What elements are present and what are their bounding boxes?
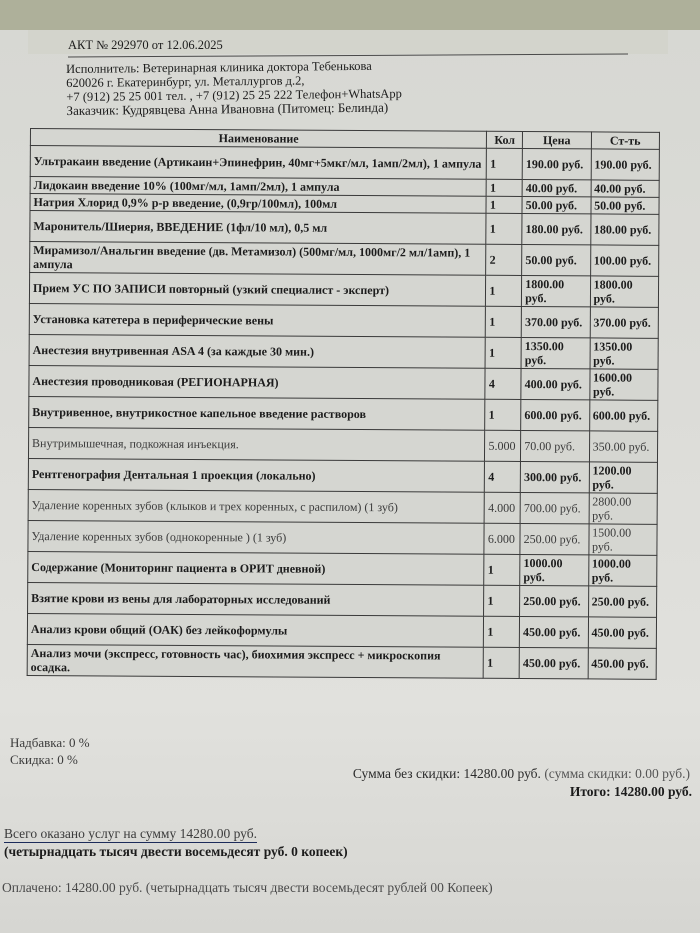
header-qty: Кол (487, 131, 523, 148)
cell-total: 370.00 руб. (590, 307, 659, 338)
paid-text: Оплачено: 14280.00 руб. (четырнадцать ты… (2, 880, 493, 896)
table-row: Маронитель/Шиерия, ВВЕДЕНИЕ (1фл/10 мл),… (30, 211, 659, 246)
cell-price: 40.00 руб. (522, 180, 591, 197)
cell-qty: 4 (485, 368, 521, 399)
cell-qty: 1 (486, 275, 522, 306)
act-title: АКТ № 292970 от 12.06.2025 (68, 38, 223, 53)
cell-qty: 1 (485, 399, 521, 430)
cell-qty: 1 (484, 585, 520, 616)
cell-price: 250.00 руб. (520, 586, 589, 617)
table-row: Удаление коренных зубов (клыков и трех к… (28, 489, 657, 524)
grand-total: Итого: 14280.00 руб. (570, 784, 692, 800)
cell-qty: 6.000 (484, 523, 520, 554)
cell-total: 1500.00 руб. (588, 524, 657, 555)
cell-name: Анестезия внутривенная ASA 4 (за каждые … (29, 334, 486, 368)
table-row: Анестезия внутривенная ASA 4 (за каждые … (29, 334, 658, 369)
cell-total: 50.00 руб. (591, 197, 660, 214)
cell-qty: 1 (485, 337, 521, 368)
cell-name: Установка катетера в периферические вены (29, 303, 486, 337)
cell-name: Удаление коренных зубов (клыков и трех к… (28, 489, 485, 523)
cell-price: 70.00 руб. (521, 431, 590, 462)
cell-name: Содержание (Мониторинг пациента в ОРИТ д… (28, 551, 485, 585)
cell-qty: 4 (485, 461, 521, 492)
table-row: Внутривенное, внутрикостное капельное вв… (29, 396, 658, 431)
table-row: Прием УС ПО ЗАПИСИ повторный (узкий спец… (29, 273, 658, 308)
cell-price: 50.00 руб. (522, 197, 591, 214)
cell-total: 2800.00 руб. (589, 493, 658, 524)
cell-qty: 4.000 (485, 492, 521, 523)
cell-total: 1000.00 руб. (588, 555, 657, 586)
cell-qty: 2 (486, 244, 522, 275)
table-row: Ультракаин введение (Артикаин+Эпинефрин,… (30, 146, 659, 181)
header-total: Ст-ть (591, 132, 660, 149)
cell-name: Внутривенное, внутрикостное капельное вв… (29, 396, 486, 430)
table-row: Установка катетера в периферические вены… (29, 303, 658, 338)
cell-price: 450.00 руб. (519, 617, 588, 648)
cell-name: Прием УС ПО ЗАПИСИ повторный (узкий спец… (29, 273, 486, 307)
cell-name: Внутримышечная, подкожная инъекция. (28, 427, 485, 461)
table-row: Рентгенография Дентальная 1 проекция (ло… (28, 458, 657, 493)
cell-total: 180.00 руб. (590, 214, 659, 245)
cell-total: 40.00 руб. (591, 180, 660, 197)
cell-total: 1200.00 руб. (589, 462, 658, 493)
cell-qty: 1 (486, 306, 522, 337)
amount-in-words: (четырнадцать тысяч двести восемьдесят р… (4, 844, 348, 860)
cell-total: 450.00 руб. (588, 648, 657, 679)
discount-amount: (сумма скидки: 0.00 руб.) (544, 766, 690, 781)
adjustments: Надбавка: 0 % Скидка: 0 % (10, 734, 90, 768)
header-price: Цена (523, 132, 592, 149)
services-rendered-text: Всего оказано услуг на сумму 14280.00 ру… (4, 826, 257, 843)
cell-qty: 5.000 (485, 430, 521, 461)
cell-qty: 1 (487, 179, 523, 196)
services-table: Наименование Кол Цена Ст-ть Ультракаин в… (27, 128, 660, 680)
table-row: Анализ мочи (экспресс, готовность час), … (27, 644, 656, 679)
discount-text: Скидка: 0 % (10, 751, 90, 768)
cell-price: 250.00 руб. (520, 524, 589, 555)
cell-name: Анализ крови общий (ОАК) без лейкоформул… (27, 613, 484, 647)
executor-block: Исполнитель: Ветеринарная клиника доктор… (66, 58, 402, 118)
cell-price: 180.00 руб. (522, 214, 591, 245)
cell-qty: 1 (484, 616, 520, 647)
table-row: Удаление коренных зубов (однокоренные ) … (28, 520, 657, 555)
cell-price: 1350.00 руб. (521, 338, 590, 369)
table-row: Анестезия проводниковая (РЕГИОНАРНАЯ)440… (29, 365, 658, 400)
cell-price: 300.00 руб. (520, 462, 589, 493)
table-row: Содержание (Мониторинг пациента в ОРИТ д… (28, 551, 657, 586)
cell-price: 400.00 руб. (521, 369, 590, 400)
table-row: Взятие крови из вены для лабораторных ис… (28, 582, 657, 617)
cell-price: 370.00 руб. (521, 307, 590, 338)
cell-name: Мирамизол/Анальгин введение (дв. Метамиз… (30, 242, 487, 276)
markup-text: Надбавка: 0 % (10, 734, 90, 751)
cell-total: 450.00 руб. (588, 617, 657, 648)
cell-total: 1350.00 руб. (590, 338, 659, 369)
cell-name: Взятие крови из вены для лабораторных ис… (28, 582, 485, 616)
sum-value: Сумма без скидки: 14280.00 руб. (353, 766, 541, 781)
cell-name: Анализ мочи (экспресс, готовность час), … (27, 644, 484, 678)
cell-qty: 1 (486, 213, 522, 244)
cell-total: 100.00 руб. (590, 245, 659, 276)
cell-total: 350.00 руб. (589, 431, 658, 462)
cell-name: Рентгенография Дентальная 1 проекция (ло… (28, 458, 485, 492)
cell-qty: 1 (486, 196, 522, 213)
cell-total: 1600.00 руб. (589, 369, 658, 400)
cell-name: Анестезия проводниковая (РЕГИОНАРНАЯ) (29, 365, 486, 399)
cell-name: Ультракаин введение (Артикаин+Эпинефрин,… (30, 146, 487, 180)
cell-total: 600.00 руб. (589, 400, 658, 431)
cell-price: 50.00 руб. (522, 245, 591, 276)
cell-total: 1800.00 руб. (590, 276, 659, 307)
sum-without-discount: Сумма без скидки: 14280.00 руб. (сумма с… (353, 766, 690, 782)
cell-total: 250.00 руб. (588, 586, 657, 617)
cell-price: 600.00 руб. (521, 400, 590, 431)
cell-price: 450.00 руб. (519, 647, 588, 678)
table-row: Мирамизол/Анальгин введение (дв. Метамиз… (30, 242, 659, 277)
cell-qty: 1 (487, 148, 523, 179)
table-row: Анализ крови общий (ОАК) без лейкоформул… (27, 613, 656, 648)
cell-price: 1000.00 руб. (520, 555, 589, 586)
cell-price: 190.00 руб. (522, 149, 591, 180)
cell-price: 700.00 руб. (520, 493, 589, 524)
cell-qty: 1 (484, 647, 520, 678)
cell-price: 1800.00 руб. (522, 276, 591, 307)
cell-name: Удаление коренных зубов (однокоренные ) … (28, 520, 485, 554)
table-row: Внутримышечная, подкожная инъекция.5.000… (28, 427, 657, 462)
cell-qty: 1 (484, 554, 520, 585)
services-rendered: Всего оказано услуг на сумму 14280.00 ру… (4, 826, 257, 842)
cell-total: 190.00 руб. (591, 149, 660, 180)
cell-name: Маронитель/Шиерия, ВВЕДЕНИЕ (1фл/10 мл),… (30, 211, 487, 245)
